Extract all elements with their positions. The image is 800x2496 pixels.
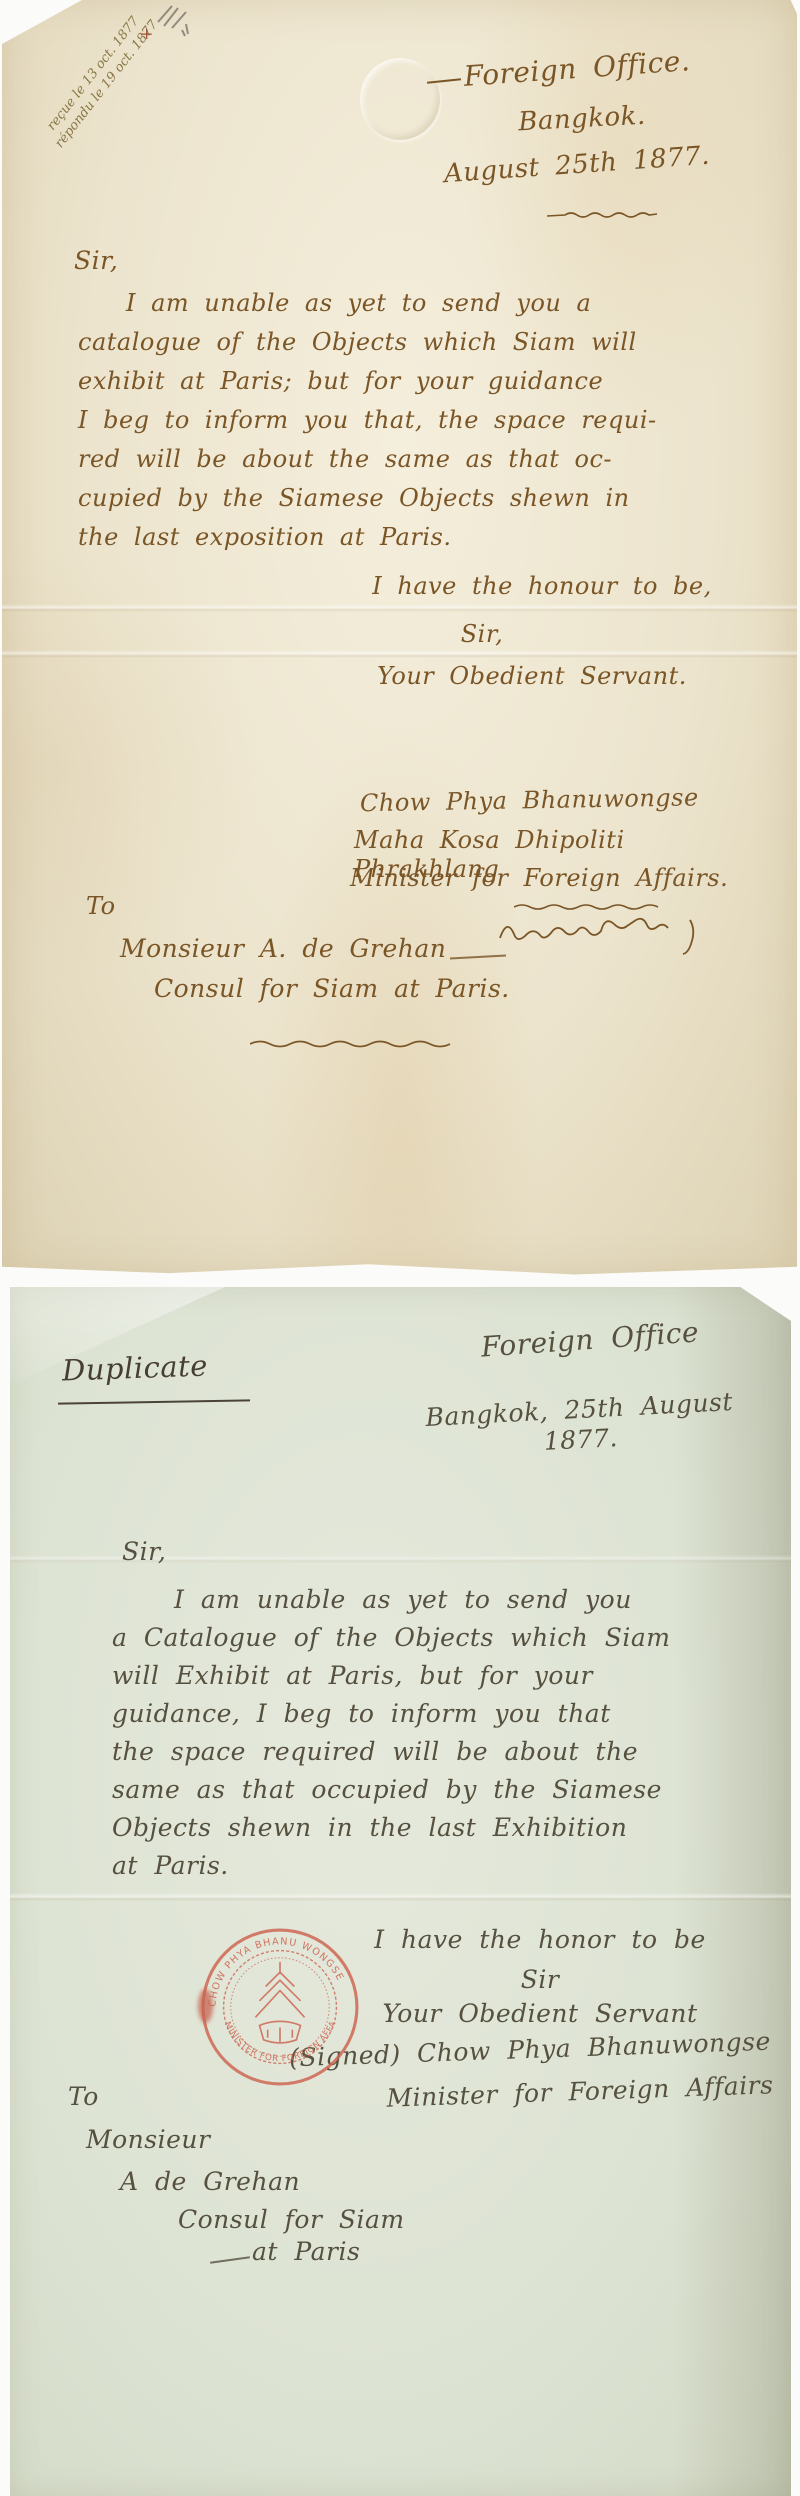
body-line: catalogue of the Objects which Siam will <box>78 323 748 362</box>
body-line: I am unable as yet to send you a <box>126 284 748 323</box>
closing-line: I have the honour to be, <box>332 572 752 601</box>
addressee-underline-flourish <box>250 1038 460 1050</box>
heading-dateline: Bangkok, 25th August 1877. <box>389 1385 772 1465</box>
embossed-paper-seal <box>360 58 440 140</box>
closing-line: Your Obedient Servant <box>330 1999 750 2029</box>
letter-page-original: reçue le 13 oct. 1877 répondu le 19 oct.… <box>2 0 797 1277</box>
body-line: a Catalogue of the Objects which Siam <box>112 1619 762 1657</box>
signature-name: Chow Phya Bhanuwongse <box>360 783 730 818</box>
red-ink-ministry-seal: CHOW PHYA BHANU WONGSE MINISTER FOR FORE… <box>200 1927 360 2087</box>
thai-script-signature <box>494 910 719 958</box>
letter-body: I am unable as yet to send you a Catalog… <box>112 1581 762 1885</box>
fold-crease <box>2 604 797 612</box>
letter-page-duplicate: Duplicate Foreign Office Bangkok, 25th A… <box>10 1287 791 2496</box>
body-line: exhibit at Paris; but for your guidance <box>78 362 748 401</box>
svg-text:CHOW PHYA BHANU WONGSE: CHOW PHYA BHANU WONGSE <box>207 1936 345 2007</box>
scanned-letters-background: reçue le 13 oct. 1877 répondu le 19 oct.… <box>0 0 800 2496</box>
addressee-name: A de Grehan <box>120 2167 300 2197</box>
addressee-title: Consul for Siam <box>178 2205 405 2235</box>
seal-ink-smudge <box>198 1989 213 2023</box>
body-line: guidance, I beg to inform you that <box>112 1695 762 1733</box>
heading-office: Foreign Office <box>439 1313 741 1367</box>
addressee-monsieur: Monsieur <box>86 2125 210 2155</box>
body-line: will Exhibit at Paris, but for your <box>112 1657 762 1695</box>
duplicate-underline <box>58 1399 250 1404</box>
body-line: I am unable as yet to send you <box>174 1581 762 1619</box>
body-line: red will be about the same as that oc- <box>78 440 748 479</box>
closing-minister-line: Minister for Foreign Affairs <box>360 2069 800 2114</box>
addressee-to: To <box>86 892 116 921</box>
seal-rim-top-text: CHOW PHYA BHANU WONGSE <box>207 1936 345 2007</box>
addressee-to: To <box>68 2082 99 2112</box>
heading-date: August 25th 1877. <box>421 139 732 192</box>
heading-office: Foreign Office. <box>431 42 723 96</box>
body-line: the space required will be about the <box>112 1733 762 1771</box>
letter-body: I am unable as yet to send you a catalog… <box>78 284 748 557</box>
addressee-name: Monsieur A. de Grehan <box>120 934 520 964</box>
closing-line: Sir, <box>332 620 632 649</box>
salutation: Sir, <box>74 246 118 276</box>
addressee-city: at Paris <box>252 2237 360 2267</box>
closing-line: Your Obedient Servant. <box>322 662 742 691</box>
body-line: Objects shewn in the last Exhibition <box>112 1809 762 1847</box>
duplicate-label: Duplicate <box>61 1348 208 1388</box>
body-line: same as that occupied by the Siamese <box>112 1771 762 1809</box>
body-line: cupied by the Siamese Objects shewn in <box>78 479 748 518</box>
closing-line: Sir <box>330 1965 750 1995</box>
addressee-title: Consul for Siam at Paris. <box>154 974 554 1004</box>
salutation: Sir, <box>122 1537 166 1567</box>
closing-line: I have the honor to be <box>330 1925 750 1955</box>
heading-city: Bangkok. <box>471 98 692 141</box>
body-line: the last exposition at Paris. <box>78 518 748 557</box>
pencil-scribble <box>152 2 208 44</box>
addressee-dash-flourish <box>210 2256 250 2264</box>
body-line: at Paris. <box>112 1847 762 1885</box>
fold-crease <box>10 1893 791 1901</box>
body-line: I beg to inform you that, the space requ… <box>78 401 748 440</box>
fold-crease <box>2 650 797 658</box>
heading-underline-flourish <box>547 210 657 220</box>
signature-title2: Minister for Foreign Affairs. <box>350 864 740 893</box>
